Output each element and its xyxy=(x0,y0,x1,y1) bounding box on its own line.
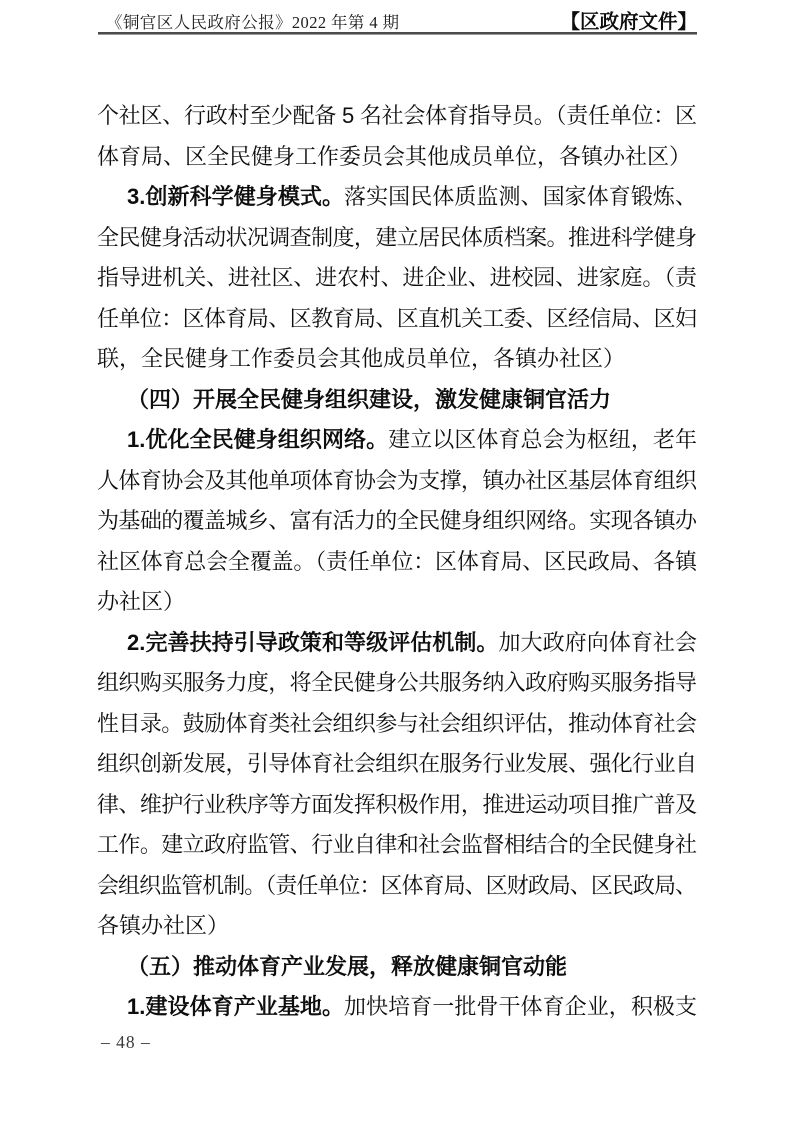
text-run: 各镇办社区） xyxy=(97,913,229,938)
text-line: 任单位：区体育局、区教育局、区直机关工委、区经信局、区妇 xyxy=(97,299,697,340)
text-line: 办社区） xyxy=(97,582,697,623)
text-run: 人体育协会及其他单项体育协会为支撑，镇办社区基层体育组织 xyxy=(97,468,696,493)
text-run: 指导进机关、进社区、进农村、进企业、进校园、进家庭。（责 xyxy=(97,265,697,290)
text-run: 会组织监管机制。（责任单位：区体育局、区财政局、区民政局、 xyxy=(97,873,696,898)
text-line: 全民健身活动状况调查制度，建立居民体质档案。推进科学健身 xyxy=(97,218,697,259)
text-line: 各镇办社区） xyxy=(97,906,697,947)
gazette-page: 《铜官区人民政府公报》2022 年第 4 期 【区政府文件】 个社区、行政村至少… xyxy=(0,0,793,1122)
page-number: – 48 – xyxy=(101,1032,151,1053)
document-body: 个社区、行政村至少配备 5 名社会体育指导员。（责任单位：区体育局、区全民健身工… xyxy=(97,96,697,1028)
text-line: 工作。建立政府监管、行业自律和社会监督相结合的全民健身社 xyxy=(97,825,697,866)
text-line: 个社区、行政村至少配备 5 名社会体育指导员。（责任单位：区 xyxy=(97,96,697,137)
text-run: 组织购买服务力度，将全民健身公共服务纳入政府购买服务指导 xyxy=(97,670,696,695)
text-line: 律、维护行业秩序等方面发挥积极作用，推进运动项目推广普及 xyxy=(97,785,697,826)
text-line: 组织创新发展，引导体育社会组织在服务行业发展、强化行业自 xyxy=(97,744,697,785)
text-line: 1.建设体育产业基地。加快培育一批骨干体育企业，积极支 xyxy=(97,987,697,1028)
bold-run: 1.优化全民健身组织网络。 xyxy=(127,427,388,452)
text-line: 组织购买服务力度，将全民健身公共服务纳入政府购买服务指导 xyxy=(97,663,697,704)
text-line: 为基础的覆盖城乡、富有活力的全民健身组织网络。实现各镇办 xyxy=(97,501,697,542)
text-run: 为基础的覆盖城乡、富有活力的全民健身组织网络。实现各镇办 xyxy=(97,508,696,533)
text-run: 工作。建立政府监管、行业自律和社会监督相结合的全民健身社 xyxy=(97,832,696,857)
bold-run: （四）开展全民健身组织建设，激发健康铜官活力 xyxy=(127,387,611,412)
text-run: 律、维护行业秩序等方面发挥积极作用，推进运动项目推广普及 xyxy=(97,792,696,817)
text-line: 指导进机关、进社区、进农村、进企业、进校园、进家庭。（责 xyxy=(97,258,697,299)
header-divider xyxy=(98,32,697,35)
text-line: 2.完善扶持引导政策和等级评估机制。加大政府向体育社会 xyxy=(97,623,697,664)
text-run: 建立以区体育总会为枢纽，老年 xyxy=(388,427,697,452)
text-line: 性目录。鼓励体育类社会组织参与社会组织评估，推动体育社会 xyxy=(97,704,697,745)
text-line: 体育局、区全民健身工作委员会其他成员单位，各镇办社区） xyxy=(97,137,697,178)
bold-run: （五）推动体育产业发展，释放健康铜官动能 xyxy=(127,954,567,979)
section-heading: （五）推动体育产业发展，释放健康铜官动能 xyxy=(97,947,697,988)
text-run: 办社区） xyxy=(97,589,185,614)
text-line: 联，全民健身工作委员会其他成员单位，各镇办社区） xyxy=(97,339,697,380)
text-run: 联，全民健身工作委员会其他成员单位，各镇办社区） xyxy=(97,346,625,371)
text-line: 人体育协会及其他单项体育协会为支撑，镇办社区基层体育组织 xyxy=(97,461,697,502)
section-label: 【区政府文件】 xyxy=(560,6,697,34)
section-heading: （四）开展全民健身组织建设，激发健康铜官活力 xyxy=(97,380,697,421)
text-run: 加快培育一批骨干体育企业，积极支 xyxy=(344,994,697,1019)
text-line: 1.优化全民健身组织网络。建立以区体育总会为枢纽，老年 xyxy=(97,420,697,461)
text-line: 社区体育总会全覆盖。（责任单位：区体育局、区民政局、各镇 xyxy=(97,542,697,583)
text-run: 全民健身活动状况调查制度，建立居民体质档案。推进科学健身 xyxy=(97,225,696,250)
text-run: 任单位：区体育局、区教育局、区直机关工委、区经信局、区妇 xyxy=(97,306,696,331)
bold-run: 1.建设体育产业基地。 xyxy=(127,994,344,1019)
text-line: 会组织监管机制。（责任单位：区体育局、区财政局、区民政局、 xyxy=(97,866,697,907)
text-run: 社区体育总会全覆盖。（责任单位：区体育局、区民政局、各镇 xyxy=(97,549,697,574)
bold-run: 3.创新科学健身模式。 xyxy=(127,184,344,209)
text-run: 体育局、区全民健身工作委员会其他成员单位，各镇办社区） xyxy=(97,144,691,169)
bold-run: 2.完善扶持引导政策和等级评估机制。 xyxy=(127,630,498,655)
text-run: 组织创新发展，引导体育社会组织在服务行业发展、强化行业自 xyxy=(97,751,696,776)
text-line: 3.创新科学健身模式。落实国民体质监测、国家体育锻炼、 xyxy=(97,177,697,218)
gazette-title: 《铜官区人民政府公报》2022 年第 4 期 xyxy=(106,9,399,33)
text-run: 个社区、行政村至少配备 5 名社会体育指导员。（责任单位：区 xyxy=(97,103,697,128)
text-run: 落实国民体质监测、国家体育锻炼、 xyxy=(344,184,697,209)
text-run: 性目录。鼓励体育类社会组织参与社会组织评估，推动体育社会 xyxy=(97,711,696,736)
text-run: 加大政府向体育社会 xyxy=(498,630,697,655)
